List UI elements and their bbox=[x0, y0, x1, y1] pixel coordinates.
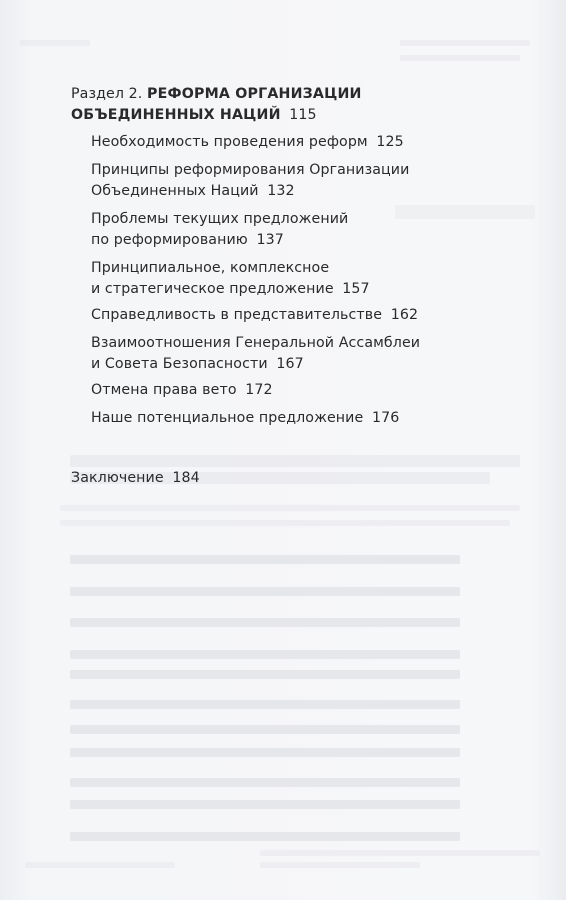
page-number: 125 bbox=[376, 134, 403, 150]
toc-conclusion[interactable]: Заключение 184 bbox=[71, 468, 518, 489]
toc-item-title: Отмена права вето bbox=[91, 382, 237, 398]
toc-item[interactable]: Отмена права вето 172 bbox=[91, 380, 518, 401]
page-number: 176 bbox=[372, 410, 399, 426]
page-number: 184 bbox=[172, 470, 199, 486]
toc-item[interactable]: Наше потенциальное предложение 176 bbox=[91, 408, 518, 429]
page-number: 137 bbox=[256, 232, 283, 248]
toc-item-title: Принципиальное, комплексное bbox=[91, 258, 518, 279]
toc-item-title-cont: по реформированию bbox=[91, 232, 248, 248]
toc-item-title: Проблемы текущих предложений bbox=[91, 209, 518, 230]
toc-item[interactable]: Необходимость проведения реформ 125 bbox=[91, 132, 518, 153]
toc-item-title: Справедливость в представительстве bbox=[91, 307, 382, 323]
toc-item[interactable]: Принципы реформирования Организации Объе… bbox=[91, 160, 518, 202]
section-prefix: Раздел 2. bbox=[71, 86, 147, 102]
page-number: 162 bbox=[391, 307, 418, 323]
toc-item[interactable]: Принципиальное, комплексное и стратегиче… bbox=[91, 258, 518, 300]
book-page: Раздел 2. РЕФОРМА ОРГАНИЗАЦИИ ОБЪЕДИНЕНН… bbox=[0, 0, 566, 900]
toc-item[interactable]: Проблемы текущих предложений по реформир… bbox=[91, 209, 518, 251]
page-number: 157 bbox=[342, 281, 369, 297]
toc-section-2[interactable]: Раздел 2. РЕФОРМА ОРГАНИЗАЦИИ ОБЪЕДИНЕНН… bbox=[71, 84, 518, 126]
page-number: 172 bbox=[245, 382, 272, 398]
toc-item-title-cont: и Совета Безопасности bbox=[91, 356, 268, 372]
toc-item-title-cont: и стратегическое предложение bbox=[91, 281, 334, 297]
page-number: 115 bbox=[289, 107, 316, 123]
toc-item-title-cont: Объединенных Наций bbox=[91, 183, 259, 199]
toc-item[interactable]: Справедливость в представительстве 162 bbox=[91, 305, 518, 326]
toc-item[interactable]: Взаимоотношения Генеральной Ассамблеи и … bbox=[91, 333, 518, 375]
toc-item-title: Взаимоотношения Генеральной Ассамблеи bbox=[91, 333, 518, 354]
toc-item-title: Принципы реформирования Организации bbox=[91, 160, 518, 181]
conclusion-title: Заключение bbox=[71, 470, 164, 486]
section-title-line2: ОБЪЕДИНЕННЫХ НАЦИЙ bbox=[71, 107, 281, 123]
page-number: 132 bbox=[267, 183, 294, 199]
toc-item-title: Наше потенциальное предложение bbox=[91, 410, 363, 426]
toc-item-title: Необходимость проведения реформ bbox=[91, 134, 368, 150]
section-title-line1: РЕФОРМА ОРГАНИЗАЦИИ bbox=[147, 86, 362, 102]
page-number: 167 bbox=[276, 356, 303, 372]
